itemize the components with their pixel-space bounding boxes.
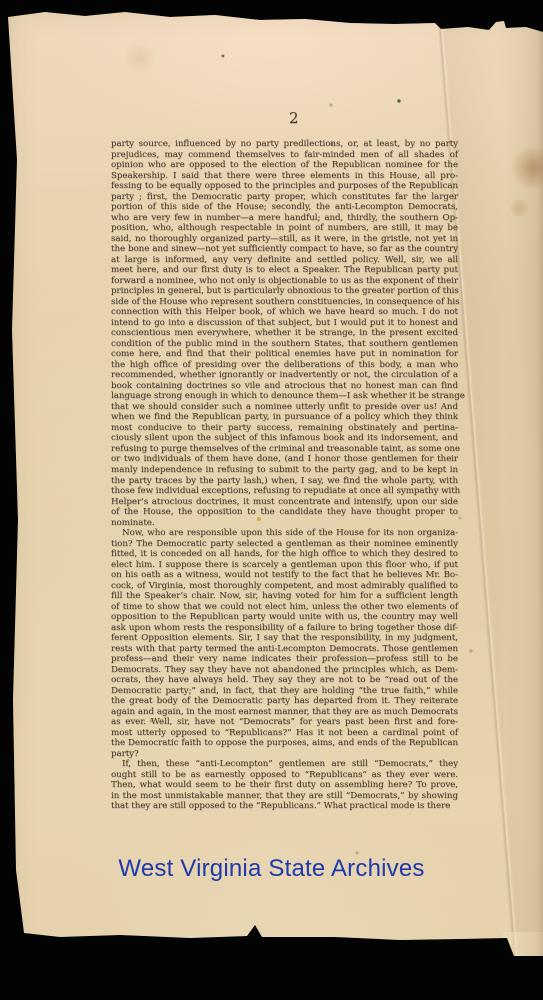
paper-specks	[0, 0, 2, 2]
text-line: at large is informed, any very definite …	[111, 255, 458, 266]
text-line: in the most unmistakable manner, that th…	[111, 791, 458, 802]
text-line: the bone and sinew—not yet sufficiently …	[111, 244, 458, 255]
text-line: fill the Speaker’s chair. Now, sir, havi…	[111, 591, 458, 602]
text-line: book containing doctrines so vile and at…	[111, 381, 458, 392]
text-line: language strong enough in which to denou…	[111, 391, 458, 402]
text-line: refusing to purge themselves of the crim…	[111, 444, 458, 455]
text-line: conscientious men everywhere, whether it…	[111, 328, 458, 339]
text-line: on his oath as a witness, would not test…	[111, 570, 458, 581]
archives-caption: West Virginia State Archives	[0, 855, 543, 883]
text-line: position, who, although respectable in p…	[111, 223, 458, 234]
text-line: party source, influenced by no party pre…	[111, 139, 458, 150]
text-line: principles in general, but is particular…	[111, 286, 458, 297]
document-text: party source, influenced by no party pre…	[111, 139, 458, 812]
text-line: said, no thoroughly organized party—stil…	[111, 234, 458, 245]
text-line: that they are still opposed to the “Repu…	[111, 801, 458, 812]
text-line: connection with this Helper book, of whi…	[111, 307, 458, 318]
text-line: recommended, whether ignorantly or inadv…	[111, 370, 458, 381]
text-line: fessing to be equally opposed to the pri…	[111, 181, 458, 192]
text-line: Helper’s atrocious doctrines, it must co…	[111, 497, 458, 508]
text-line: nominate.	[111, 518, 458, 529]
text-line: party ; first, the Democratic party prop…	[111, 192, 458, 203]
page-number: 2	[289, 109, 299, 127]
text-line: Then, what would seem to be their first …	[111, 780, 458, 791]
text-line: If, then, these “anti-Lecompton” gentlem…	[111, 759, 458, 770]
text-line: most conducive to their party success, r…	[111, 423, 458, 434]
text-line: Speakership. I said that there were thre…	[111, 171, 458, 182]
text-line: as ever. Well, sir, have not “Democrats”…	[111, 717, 458, 728]
text-line: Democrats. They say they have not abando…	[111, 665, 458, 676]
text-line: Now, who are responsible upon this side …	[111, 528, 458, 539]
text-line: most utterly opposed to “Republicans?” H…	[111, 728, 458, 739]
text-line: ought still to be as earnestly opposed t…	[111, 770, 458, 781]
text-line: manly independence in refusing to submit…	[111, 465, 458, 476]
text-line: side of the House who represent southern…	[111, 297, 458, 308]
text-line: opinion who are opposed to the election …	[111, 160, 458, 171]
text-line: party?	[111, 749, 458, 760]
text-line: ciously silent upon the subject of this …	[111, 433, 458, 444]
text-line: portion of this side of the House; secon…	[111, 202, 458, 213]
text-line: tion? The Democratic party selected a ge…	[111, 539, 458, 550]
text-line: elect him. I suppose there is scarcely a…	[111, 560, 458, 571]
text-line: the high office of presiding over the de…	[111, 360, 458, 371]
text-line: profess—and their very name indicates th…	[111, 654, 458, 665]
text-line: condition of the public mind in the sout…	[111, 339, 458, 350]
text-line: the party traces by the party lash,) whe…	[111, 476, 458, 487]
document-page: 2 party source, influenced by no party p…	[0, 0, 543, 1000]
text-line: rests with that party termed the anti-Le…	[111, 644, 458, 655]
text-line: meet here, and our first duty is to elec…	[111, 265, 458, 276]
text-line: when we find the Republican party, in pu…	[111, 412, 458, 423]
text-line: of time to show that we could not elect …	[111, 602, 458, 613]
scan-background: 2 party source, influenced by no party p…	[0, 0, 543, 1000]
text-line: ask upon whom rests the responsibility o…	[111, 623, 458, 634]
text-line: fitted, it is conceded on all hands, for…	[111, 549, 458, 560]
text-line: ocrats, they have always held. They say …	[111, 675, 458, 686]
text-line: come here, and find that their political…	[111, 349, 458, 360]
text-line: again and again, in the most earnest man…	[111, 707, 458, 718]
text-line: intend to go into a discussion of that s…	[111, 318, 458, 329]
text-line: of the House, the opposition to the cand…	[111, 507, 458, 518]
text-line: or two individuals of them have done, (a…	[111, 454, 458, 465]
text-line: forward a nominee, who not only is objec…	[111, 276, 458, 287]
text-line: the great body of the Democratic party h…	[111, 696, 458, 707]
text-line: that we should consider such a nominee u…	[111, 402, 458, 413]
text-line: the Democratic faith to oppose the purpo…	[111, 738, 458, 749]
text-line: prejudices, may commend themselves to fa…	[111, 150, 458, 161]
text-line: those few individual exceptions, refusin…	[111, 486, 458, 497]
undersheet-edge	[503, 932, 543, 958]
text-line: who are very few in number—a mere handfu…	[111, 213, 458, 224]
text-line: ferent Opposition elements. Sir, I say t…	[111, 633, 458, 644]
text-line: Democratic party;” and, in fact, that th…	[111, 686, 458, 697]
text-line: opposition to the Republican party would…	[111, 612, 458, 623]
text-line: cock, of Virginia, most thoroughly compe…	[111, 581, 458, 592]
